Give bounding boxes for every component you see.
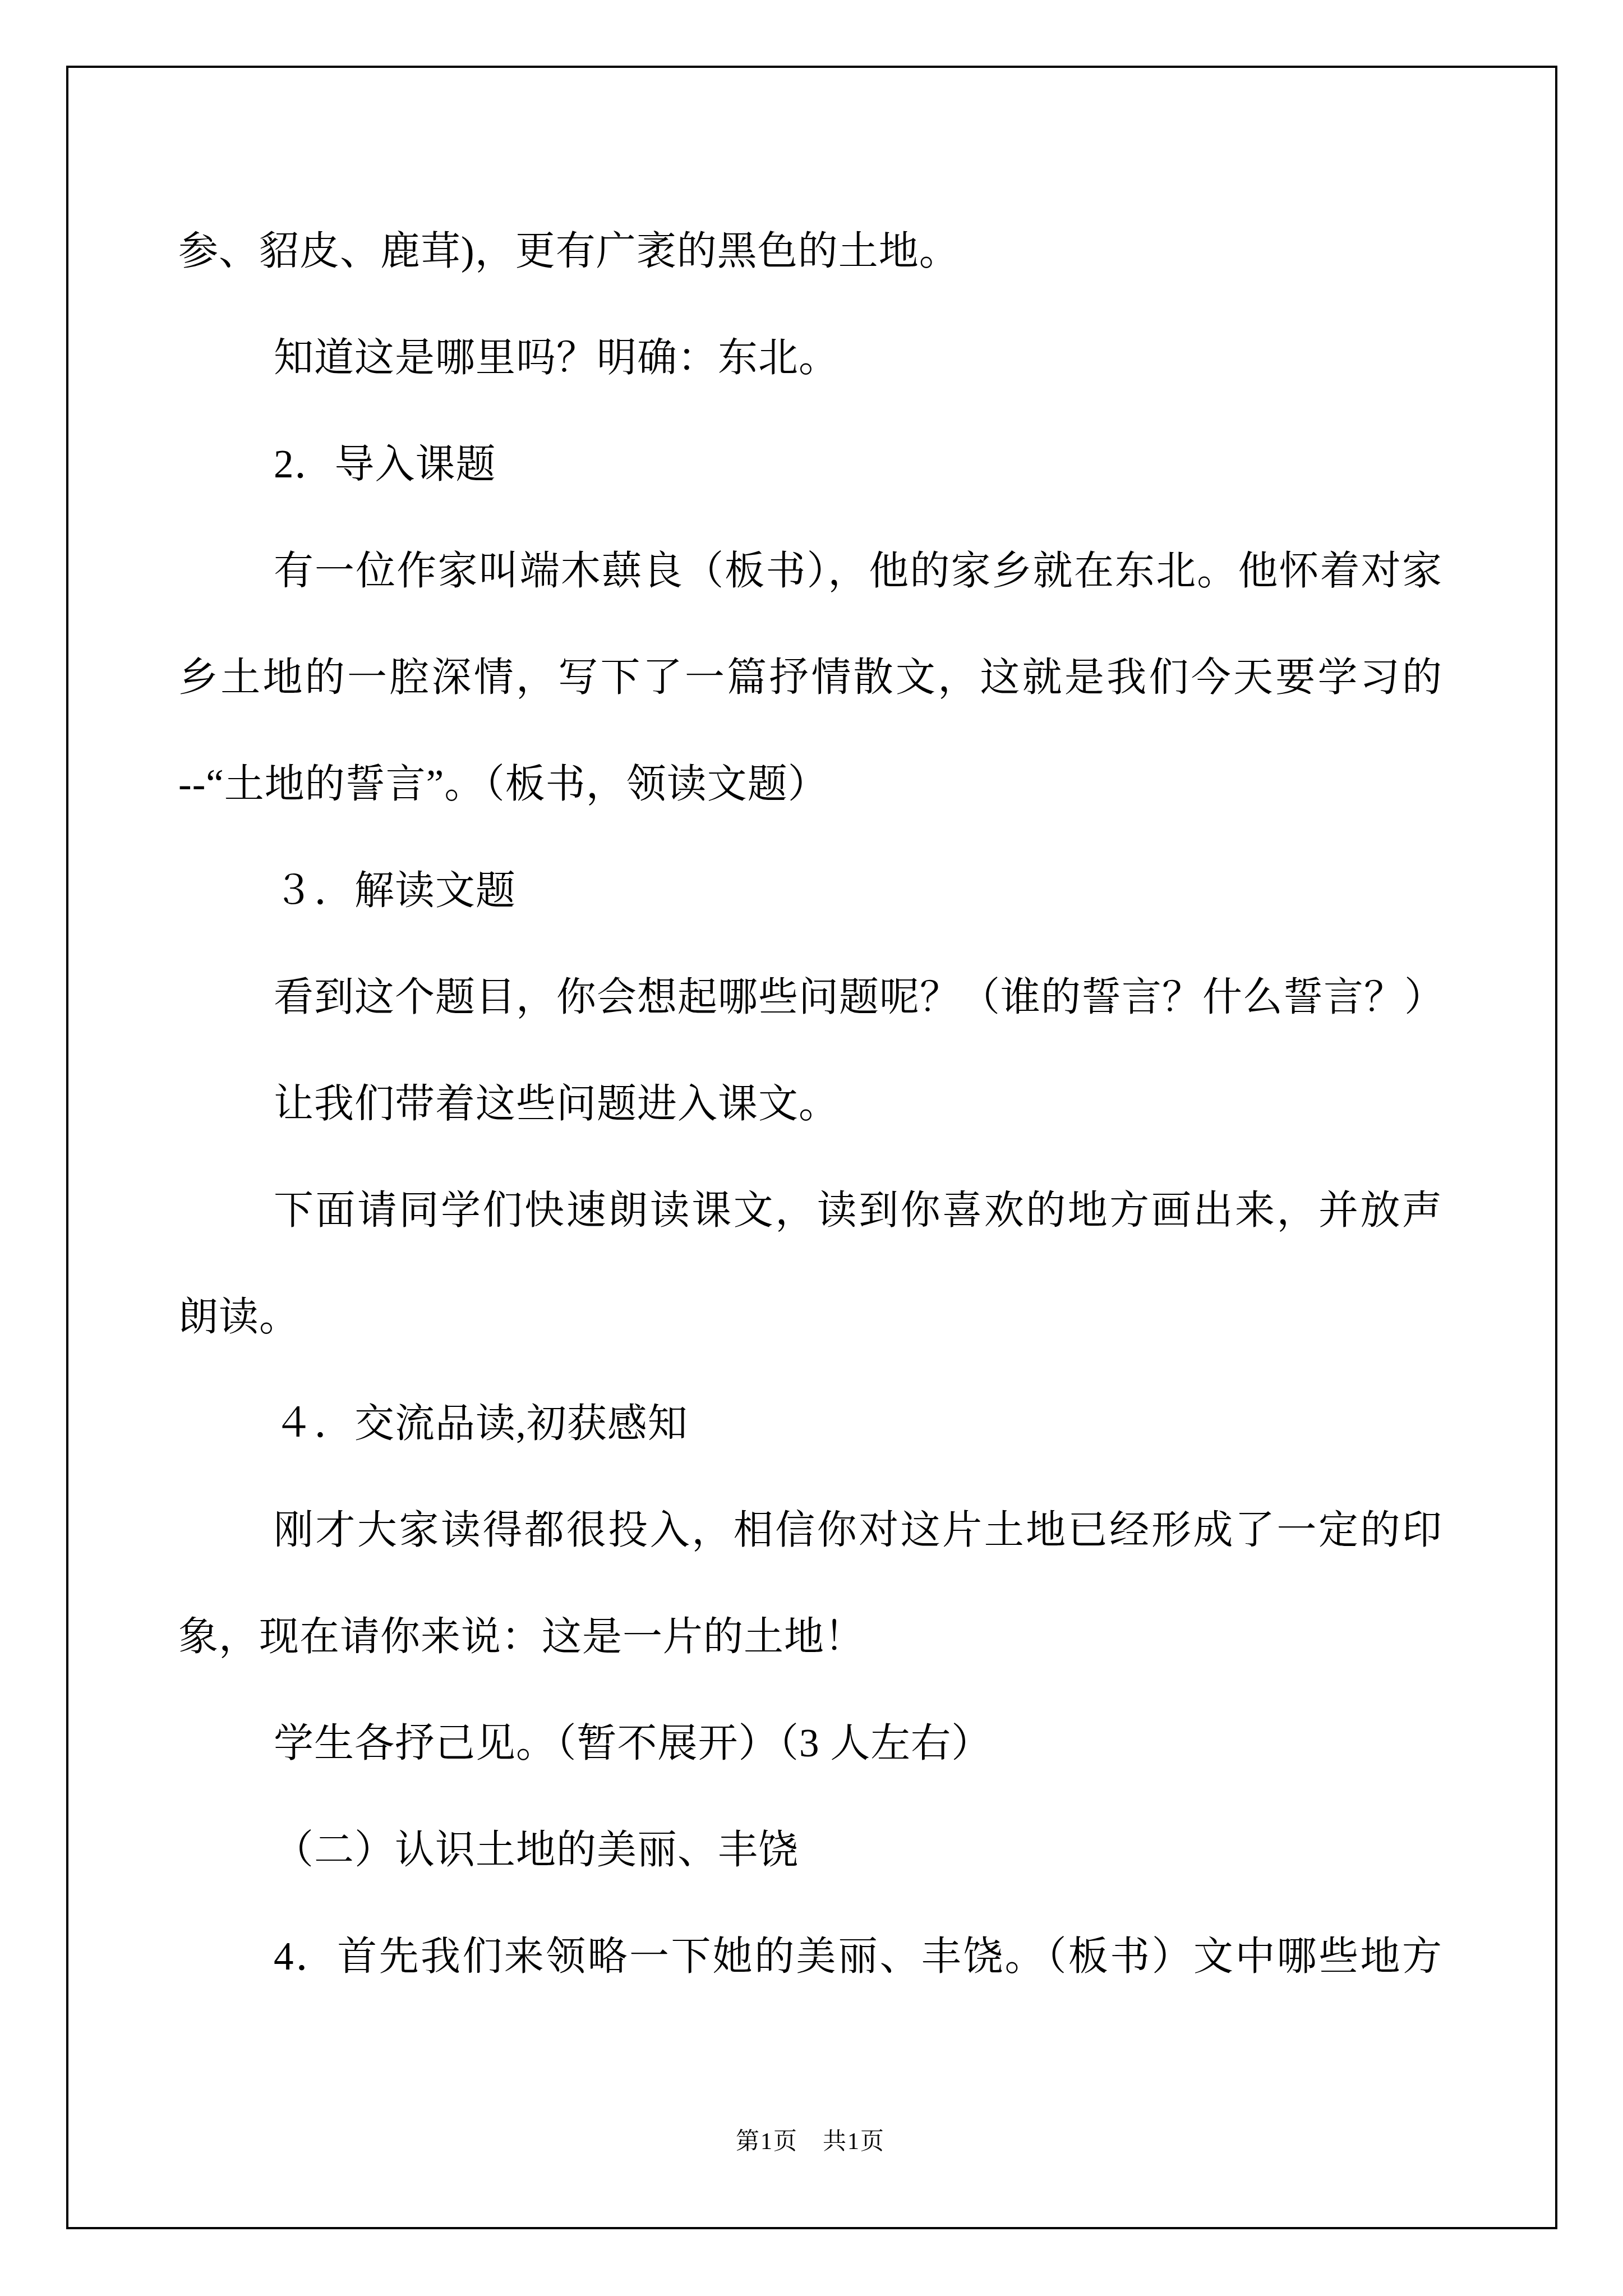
text-line: 2．导入课题 [178,411,1442,518]
page-footer: 第1页 共1页 [178,2119,1442,2164]
text-line: --“土地的誓言”。（板书，领读文题） [178,731,1442,838]
text-line: 刚才大家读得都很投入，相信你对这片土地已经形成了一定的印 [178,1477,1442,1584]
text-line: 看到这个题目，你会想起哪些问题呢？（谁的誓言？什么誓言？） [178,944,1442,1051]
text-line: 象，现在请你来说：这是一片的土地！ [178,1584,1442,1690]
text-line: 下面请同学们快速朗读课文，读到你喜欢的地方画出来，并放声 [178,1157,1442,1264]
text-line: （二）认识土地的美丽、丰饶 [178,1797,1442,1903]
text-line: 有一位作家叫端木蕻良（板书），他的家乡就在东北。他怀着对家 [178,518,1442,624]
text-line: 学生各抒己见。（暂不展开）（3 人左右） [178,1690,1442,1797]
document-page: 参、貂皮、鹿茸)，更有广袤的黑色的土地。 知道这是哪里吗？明确：东北。 2．导入… [0,0,1623,2296]
text-line: 让我们带着这些问题进入课文。 [178,1051,1442,1157]
text-line: ３．解读文题 [178,838,1442,944]
document-body: 参、貂皮、鹿茸)，更有广袤的黑色的土地。 知道这是哪里吗？明确：东北。 2．导入… [178,198,1442,2010]
text-line: 乡土地的一腔深情，写下了一篇抒情散文，这就是我们今天要学习的 [178,624,1442,731]
text-line: 知道这是哪里吗？明确：东北。 [178,305,1442,411]
text-line: 4．首先我们来领略一下她的美丽、丰饶。（板书）文中哪些地方 [178,1903,1442,2010]
text-line: ４．交流品读,初获感知 [178,1370,1442,1477]
text-line: 参、貂皮、鹿茸)，更有广袤的黑色的土地。 [178,198,1442,305]
text-line: 朗读。 [178,1264,1442,1370]
